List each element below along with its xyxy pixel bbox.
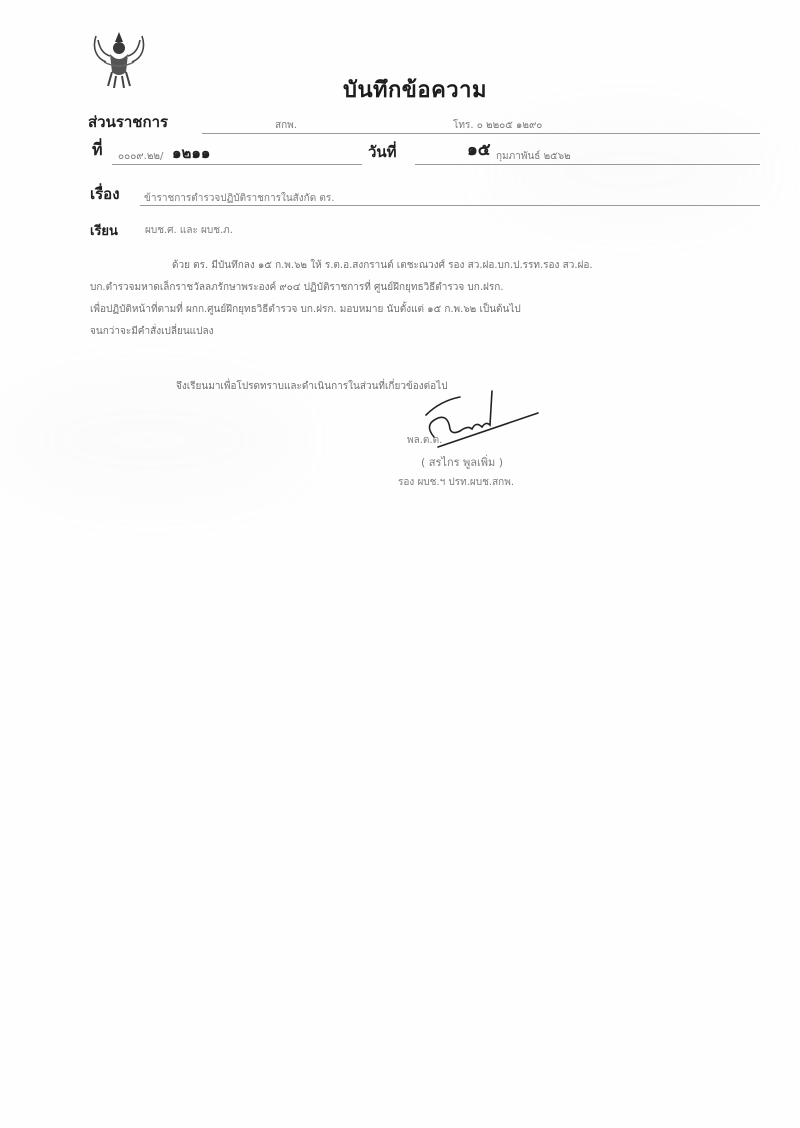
date-label: วันที่ xyxy=(368,140,397,164)
to-value: ผบช.ศ. และ ผบช.ภ. xyxy=(145,223,233,238)
agency-underline xyxy=(202,133,760,134)
ref-label: ที่ xyxy=(92,138,103,163)
signer-name: ( สรไกร พูลเพิ่ม ) xyxy=(421,453,503,471)
agency-value: สกพ. xyxy=(275,118,297,133)
body-line-1: ด้วย ตร. มีบันทึกลง ๑๕ ก.พ.๖๒ ให้ ร.ต.อ.… xyxy=(172,255,593,277)
date-day-handwritten: ๑๕ xyxy=(467,136,491,163)
subject-value: ข้าราชการตำรวจปฏิบัติราชการในสังกัด ตร. xyxy=(144,191,334,206)
bleed-through-shadow xyxy=(0,380,300,500)
subject-label: เรื่อง xyxy=(90,182,120,206)
body-line-3: เพื่อปฏิบัติหน้าที่ตามที่ ผกก.ศูนย์ฝึกยุ… xyxy=(90,299,521,321)
document-title: บันทึกข้อความ xyxy=(0,72,800,107)
ref-underline xyxy=(112,164,362,165)
to-label: เรียน xyxy=(90,220,118,241)
date-underline xyxy=(415,164,760,165)
ref-handwritten: ๑๒๑๑ xyxy=(172,141,210,165)
body-line-2: บก.ตำรวจมหาดเล็กราชวัลลภรักษาพระองค์ ๙๐๔… xyxy=(90,277,503,299)
body-line-4: จนกว่าจะมีคำสั่งเปลี่ยนแปลง xyxy=(90,321,214,343)
document-page: บันทึกข้อความ ส่วนราชการ สกพ. โทร. ๐ ๒๒๐… xyxy=(0,0,800,1128)
signer-position: รอง ผบช.ฯ ปรท.ผบช.สกพ. xyxy=(398,475,514,490)
ref-printed: ๐๐๐๙.๒๒/ xyxy=(118,149,163,164)
agency-label: ส่วนราชการ xyxy=(88,110,168,134)
date-value: กุมภาพันธ์ ๒๕๖๒ xyxy=(496,149,571,164)
subject-underline xyxy=(140,205,760,206)
phone-value: โทร. ๐ ๒๒๐๕ ๑๒๙๐ xyxy=(453,118,542,133)
signer-rank: พล.ต.ต. xyxy=(407,433,442,448)
closing-text: จึงเรียนมาเพื่อโปรดทราบและดำเนินการในส่ว… xyxy=(176,376,448,398)
